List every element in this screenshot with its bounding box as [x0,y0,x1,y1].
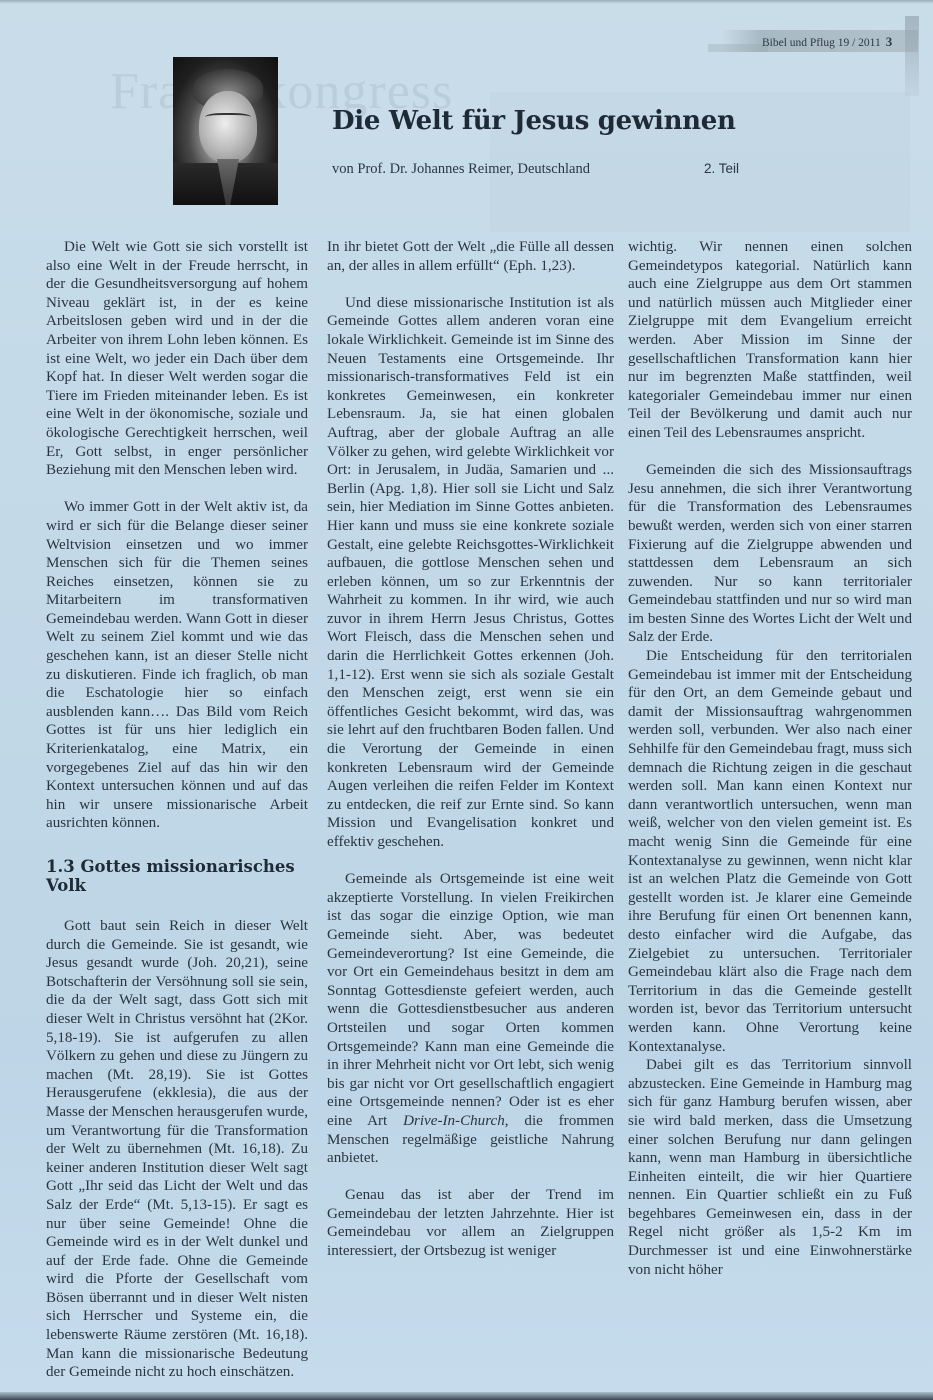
paragraph: Die Entscheidung für den territorialen G… [628,647,912,1056]
paragraph: Dabei gilt es das Territorium sinnvoll a… [628,1056,912,1279]
article-part-label: 2. Teil [704,161,739,176]
text-column-2: In ihr bietet Gott der Welt „die Fülle a… [327,238,614,1261]
page-number: 3 [886,34,893,50]
photo-face [199,91,257,163]
section-heading: 1.3 Gottes missionarisches Volk [46,857,308,895]
running-head-band-accent [708,44,768,52]
paragraph: Gott baut sein Reich in dieser Welt durc… [46,917,308,1382]
author-photo [173,57,278,205]
article-title: Die Welt für Jesus gewinnen [332,106,736,136]
page-edge-top [0,0,933,4]
paragraph: Gemeinde als Ortsgemeinde ist eine weit … [327,870,614,1168]
paragraph-text: Gemeinde als Ortsgemeinde ist eine weit … [327,871,614,1129]
photo-glasses [205,113,251,123]
paragraph: Die Welt wie Gott sie sich vorstellt ist… [46,238,308,480]
paragraph: Wo immer Gott in der Welt aktiv ist, da … [46,498,308,833]
publication-name: Bibel und Pflug 19 / 2011 [762,37,881,49]
text-column-3: wichtig. Wir nennen einen solchen Gemein… [628,238,912,1279]
paragraph: In ihr bietet Gott der Welt „die Fülle a… [327,238,614,275]
paragraph: Und diese missionarische Institution ist… [327,294,614,852]
paragraph: Gemeinden die sich des Missionsauftrags … [628,461,912,647]
paragraph: Genau das ist aber der Trend im Gemeinde… [327,1186,614,1260]
text-column-1: Die Welt wie Gott sie sich vorstellt ist… [46,238,308,1382]
paragraph: wichtig. Wir nennen einen solchen Gemein… [628,238,912,443]
running-head: Bibel und Pflug 19 / 2011 3 [762,34,912,50]
article-byline: von Prof. Dr. Johannes Reimer, Deutschla… [332,161,590,178]
page-edge-tab [905,16,919,96]
emphasis-term: Drive-In-Church [403,1113,505,1129]
page-edge-bottom [0,1392,933,1400]
